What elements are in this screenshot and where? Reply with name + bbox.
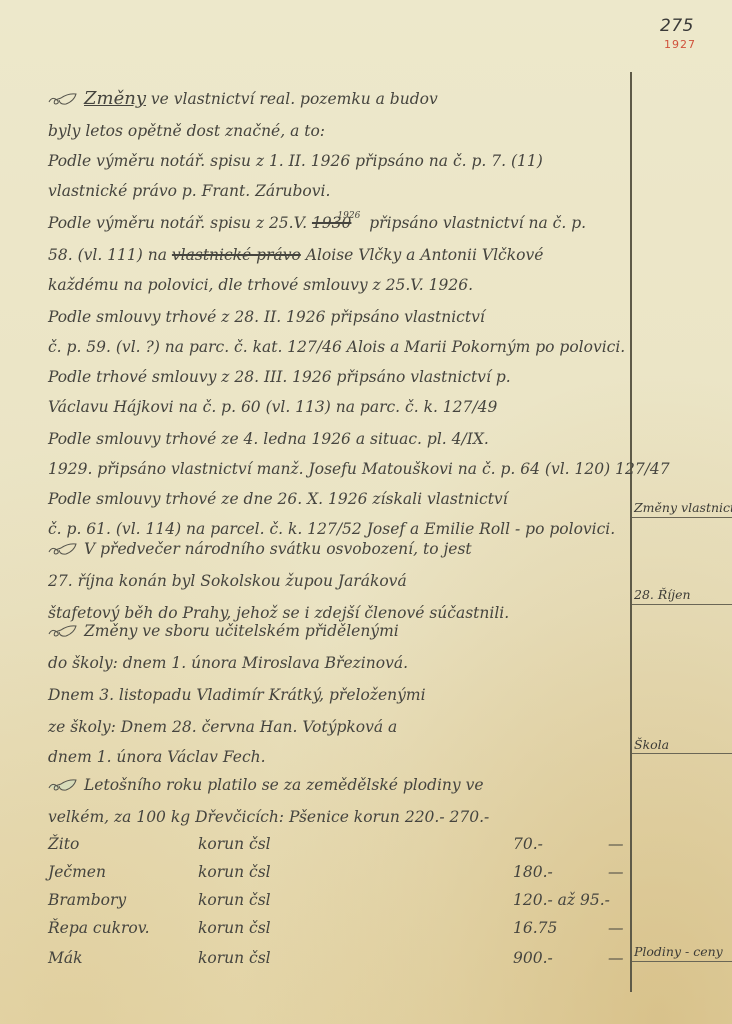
margin-note-school: Škola [634,737,669,752]
margin-note-october-28: 28. Říjen [634,587,691,602]
section-marker-icon [48,542,78,556]
crop-name: Brambory [48,886,126,914]
text-line: Změny ve vlastnictví real. pozemku a bud… [48,84,438,114]
text-line: Podle výměru notář. spisu z 25.V. 193019… [48,208,586,238]
text-line: Podle smlouvy trhové z 28. II. 1926 přip… [48,302,485,332]
section-marker-icon [48,92,78,106]
text-line: byly letos opětně dost značné, a to: [48,116,325,146]
text-line: Změny ve sboru učitelském přidělenými [48,616,399,646]
crop-unit: korun čsl [198,830,271,858]
crop-unit: korun čsl [198,944,271,972]
crop-price: 16.75 [513,914,557,942]
text-line: V předvečer národního svátku osvobození,… [48,534,472,564]
price-row: Řepa cukrov. korun čsl 16.75 — [48,914,628,942]
text-line: Podle smlouvy trhové ze dne 26. X. 1926 … [48,484,508,514]
crop-price: 180.- [513,858,553,886]
text-line: č. p. 59. (vl. ?) na parc. č. kat. 127/4… [48,332,625,362]
text-line: 58. (vl. 111) na vlastnické právo Aloise… [48,240,543,270]
margin-note-crop-prices: Plodiny - ceny [634,944,723,959]
margin-rule [632,753,732,754]
text-line: Dnem 3. listopadu Vladimír Krátký, přelo… [48,680,426,710]
text-line: Podle smlouvy trhové ze 4. ledna 1926 a … [48,424,489,454]
crop-dash: — [608,914,624,942]
text-line: každému na polovici, dle trhové smlouvy … [48,270,473,300]
inserted-year: 1926 [337,211,360,221]
crop-unit: korun čsl [198,886,271,914]
price-row: Brambory korun čsl 120.- až 95.- [48,886,628,914]
crop-dash: — [608,858,624,886]
margin-rule [632,604,732,605]
crop-unit: korun čsl [198,914,271,942]
section-marker-icon [48,624,78,638]
crop-name: Řepa cukrov. [48,914,150,942]
text-line: dnem 1. února Václav Fech. [48,742,266,772]
page-number: 275 [660,16,694,36]
margin-rule [632,517,732,518]
text-line: vlastnické právo p. Frant. Zárubovi. [48,176,330,206]
crop-dash: — [608,944,624,972]
price-row: Žito korun čsl 70.- — [48,830,628,858]
struck-text: vlastnické právo [172,246,301,264]
crop-price: 70.- [513,830,543,858]
text-line: Letošního roku platilo se za zemědělské … [48,770,484,800]
text-line: ze školy: Dnem 28. června Han. Votýpková… [48,712,397,742]
crop-name: Mák [48,944,83,972]
margin-rule-vertical [630,72,632,992]
crop-price: 900.- [513,944,553,972]
text-line: 27. října konán byl Sokolskou župou Jará… [48,566,407,596]
text-line: 1929. připsáno vlastnictví manž. Josefu … [48,454,670,484]
text-line: velkém, za 100 kg Dřevčicích: Pšenice ko… [48,802,489,832]
margin-note-ownership-changes: Změny vlastnictví [634,500,732,515]
crop-dash: — [608,830,624,858]
text-line: Václavu Hájkovi na č. p. 60 (vl. 113) na… [48,392,497,422]
crop-unit: korun čsl [198,858,271,886]
chronicle-page: 275 1927 Změny vlastnictví 28. Říjen Ško… [0,0,732,1024]
crop-name: Žito [48,830,79,858]
margin-rule [632,961,732,962]
text-line: do školy: dnem 1. února Miroslava Březin… [48,648,408,678]
section-marker-icon [48,778,78,792]
price-row: Mák korun čsl 900.- — [48,944,628,972]
price-row: Ječmen korun čsl 180.- — [48,858,628,886]
crop-price: 120.- až 95.- [513,886,610,914]
text-line: Podle trhové smlouvy z 28. III. 1926 při… [48,362,511,392]
text-line: Podle výměru notář. spisu z 1. II. 1926 … [48,146,543,176]
page-year: 1927 [664,38,696,51]
crop-name: Ječmen [48,858,106,886]
